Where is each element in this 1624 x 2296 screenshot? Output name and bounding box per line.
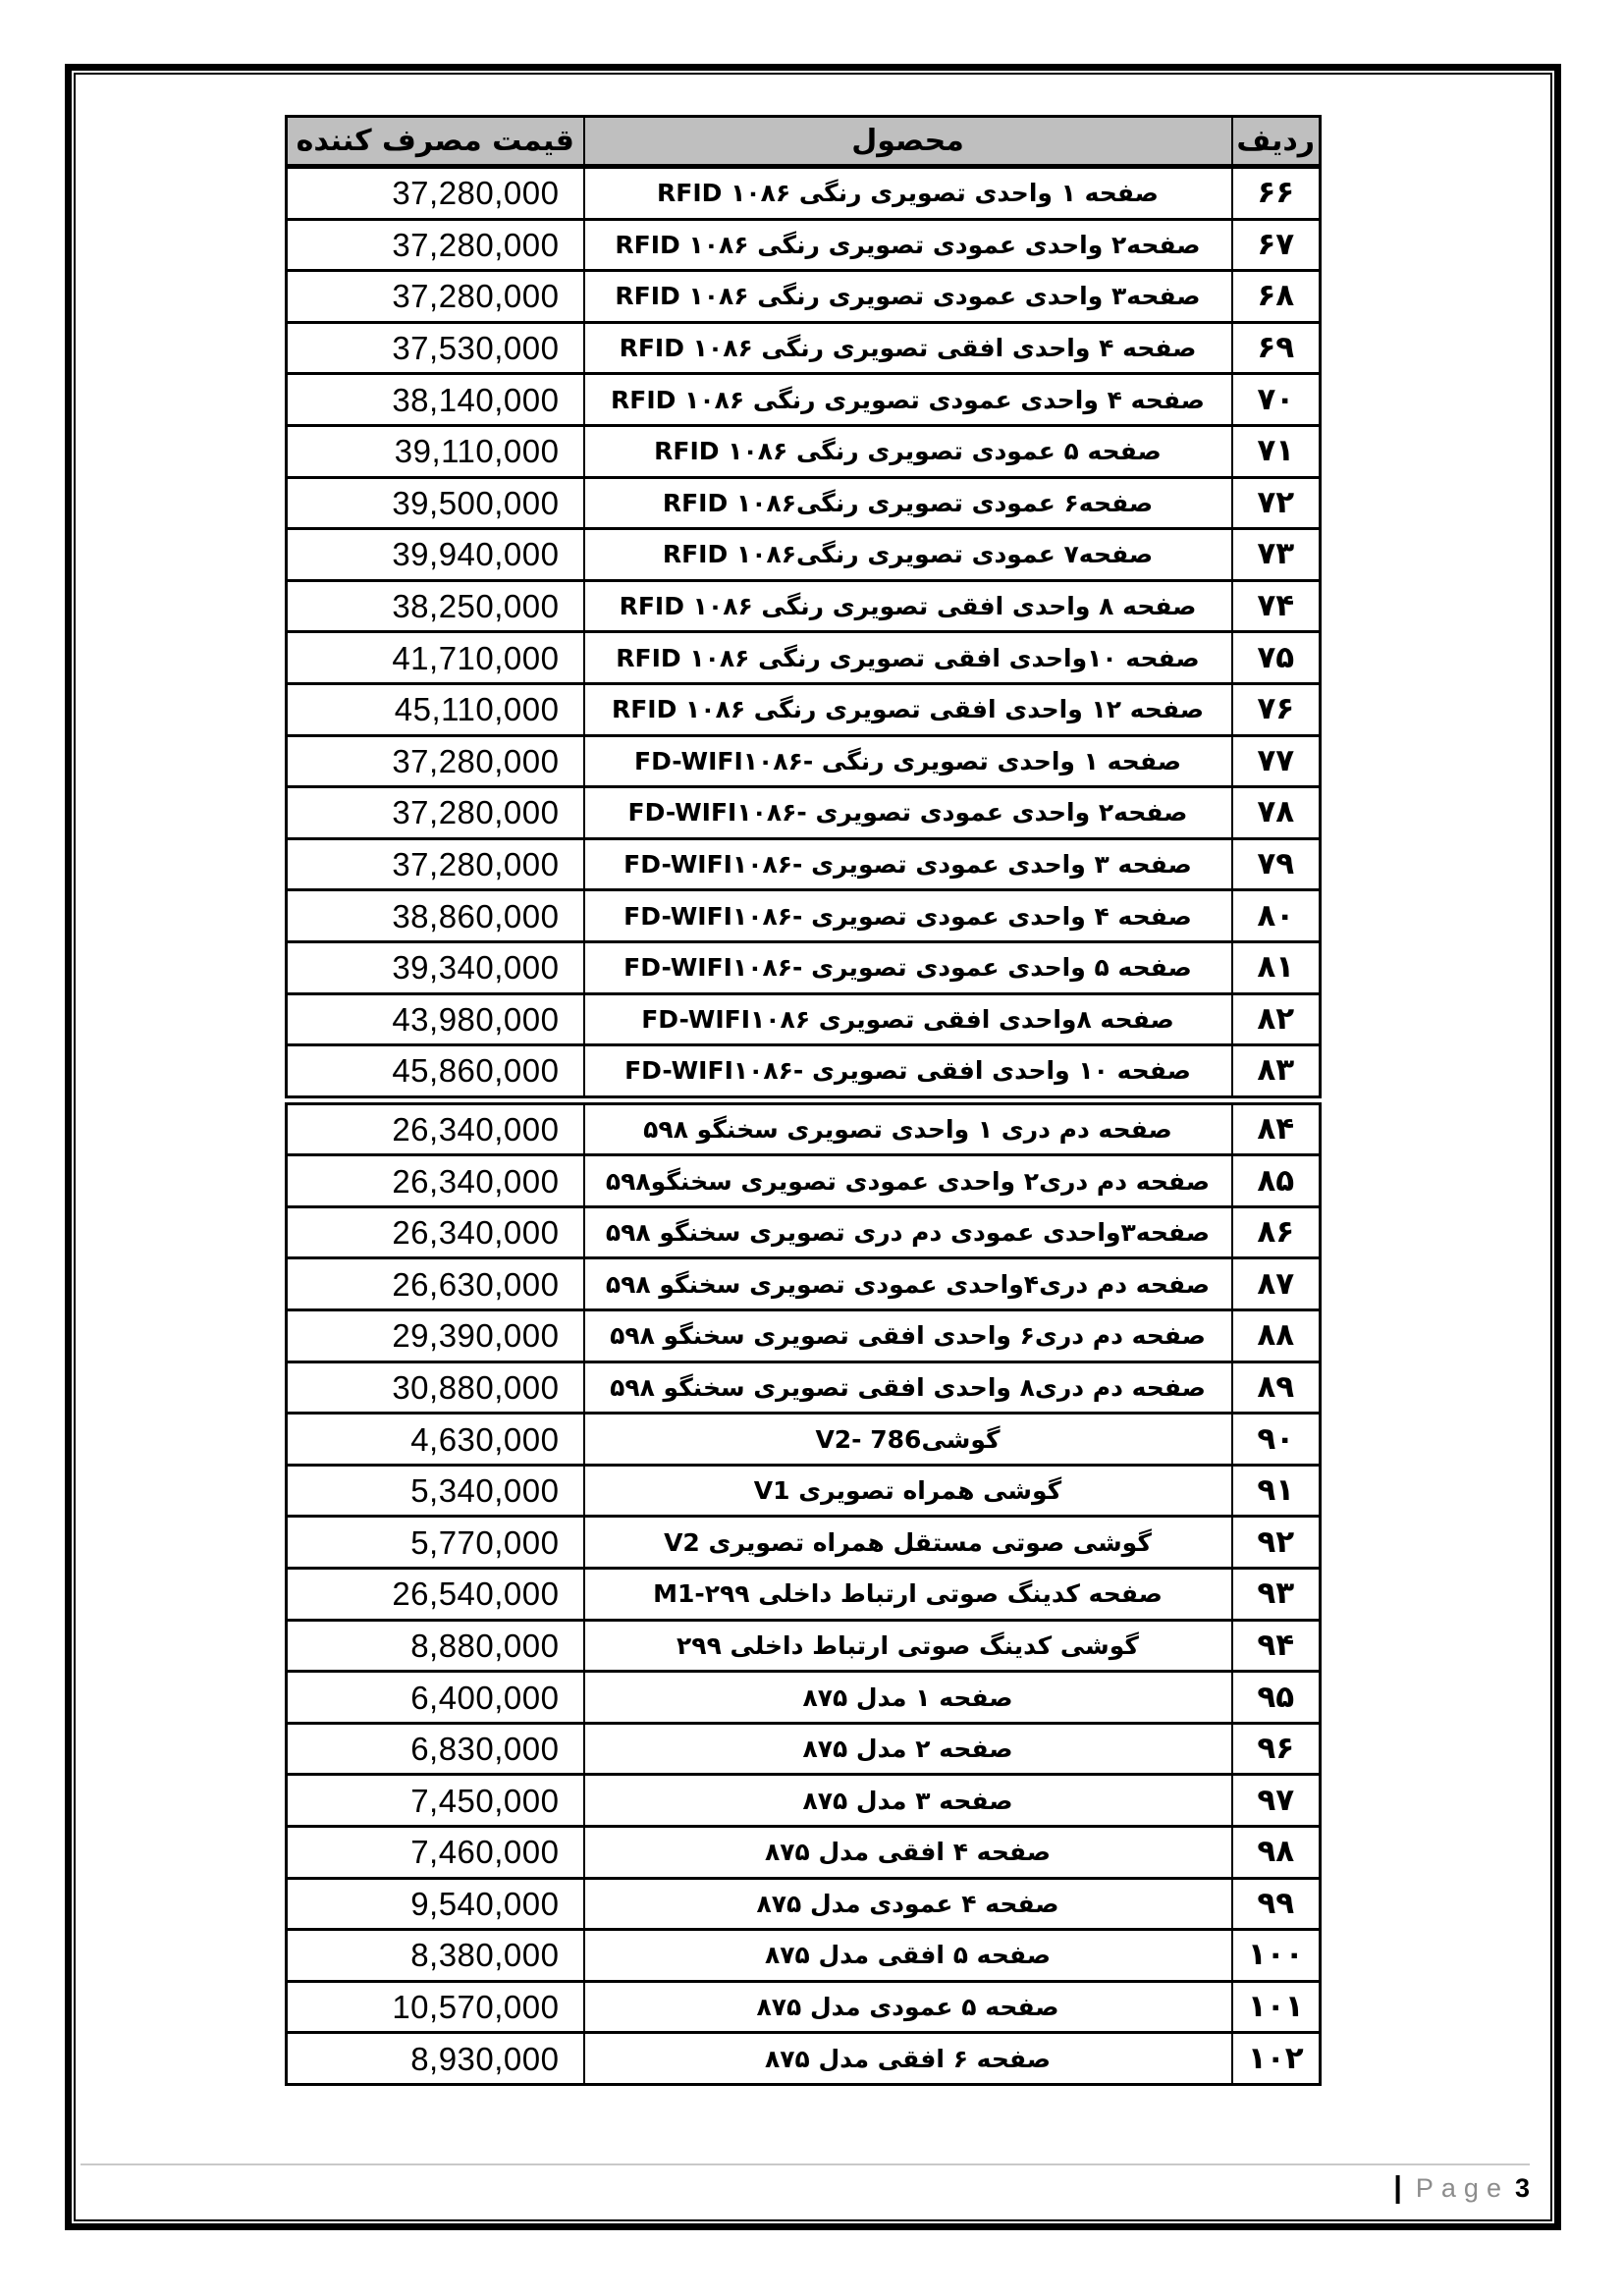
row-number-cell: ۶۸ [1232, 271, 1321, 323]
product-cell: صفحه ۱۲ واحدی افقی تصویری رنگی ۱۰۸۶ RFID [584, 683, 1232, 735]
price-cell: 7,460,000 [287, 1827, 584, 1879]
table-row: ۹۸ صفحه ۴ افقی مدل ۸۷۵ 7,460,000 [287, 1827, 1321, 1879]
product-cell: صفحه ۳ واحدی عمودی تصویری -FD-WIFI۱۰۸۶ [584, 838, 1232, 890]
product-cell: صفحه ۸واحدی افقی تصویری FD-WIFI۱۰۸۶ [584, 993, 1232, 1045]
table-row: ۸۸ صفحه دم دری۶ واحدی افقی تصویری سخنگو … [287, 1310, 1321, 1362]
row-number-cell: ۷۵ [1232, 632, 1321, 684]
price-cell: 26,540,000 [287, 1569, 584, 1621]
row-number-cell: ۸۱ [1232, 941, 1321, 993]
product-cell: صفحه کدینگ صوتی ارتباط داخلی ۲۹۹-M1 [584, 1569, 1232, 1621]
row-number-cell: ۱۰۱ [1232, 1981, 1321, 2033]
row-number-cell: ۹۱ [1232, 1465, 1321, 1517]
table-row: ۸۲ صفحه ۸واحدی افقی تصویری FD-WIFI۱۰۸۶ 4… [287, 993, 1321, 1045]
page: ردیف محصول قیمت مصرف کننده ۶۶ صفحه ۱ واح… [0, 0, 1624, 2296]
price-cell: 8,930,000 [287, 2033, 584, 2085]
price-cell: 6,830,000 [287, 1723, 584, 1775]
product-cell: گوشیV2- 786 [584, 1414, 1232, 1466]
product-cell: صفحه ۲ مدل ۸۷۵ [584, 1723, 1232, 1775]
product-cell: صفحه دم دری ۱ واحدی تصویری سخنگو ۵۹۸ [584, 1100, 1232, 1155]
price-cell: 38,860,000 [287, 890, 584, 942]
price-cell: 26,630,000 [287, 1258, 584, 1310]
product-cell: صفحه۲ واحدی عمودی تصویری -FD-WIFI۱۰۸۶ [584, 787, 1232, 839]
product-cell: صفحه دم دری۴واحدی عمودی تصویری سخنگو ۵۹۸ [584, 1258, 1232, 1310]
table-row: ۶۸ صفحه۳ واحدی عمودی تصویری رنگی ۱۰۸۶ RF… [287, 271, 1321, 323]
row-number-cell: ۹۵ [1232, 1672, 1321, 1724]
row-number-cell: ۱۰۰ [1232, 1930, 1321, 1982]
price-cell: 8,380,000 [287, 1930, 584, 1982]
row-number-cell: ۹۶ [1232, 1723, 1321, 1775]
price-cell: 37,280,000 [287, 167, 584, 220]
table-row: ۶۷ صفحه۲ واحدی عمودی تصویری رنگی ۱۰۸۶ RF… [287, 219, 1321, 271]
table-row: ۹۰ گوشیV2- 786 4,630,000 [287, 1414, 1321, 1466]
product-cell: صفحه ۵ عمودی مدل ۸۷۵ [584, 1981, 1232, 2033]
product-cell: صفحه ۴ عمودی مدل ۸۷۵ [584, 1878, 1232, 1930]
row-number-cell: ۱۰۲ [1232, 2033, 1321, 2085]
table-row: ۸۶ صفحه۳واحدی عمودی دم دری تصویری سخنگو … [287, 1206, 1321, 1258]
price-cell: 30,880,000 [287, 1362, 584, 1414]
price-cell: 37,280,000 [287, 735, 584, 787]
product-cell: صفحه ۱ واحدی تصویری رنگی ۱۰۸۶ RFID [584, 167, 1232, 220]
product-cell: صفحه دم دری۲ واحدی عمودی تصویری سخنگو۵۹۸ [584, 1155, 1232, 1207]
product-cell: صفحه۷ عمودی تصویری رنگی۱۰۸۶ RFID [584, 529, 1232, 581]
price-cell: 26,340,000 [287, 1206, 584, 1258]
row-number-cell: ۷۷ [1232, 735, 1321, 787]
price-cell: 29,390,000 [287, 1310, 584, 1362]
row-number-cell: ۶۹ [1232, 322, 1321, 374]
product-cell: صفحه۲ واحدی عمودی تصویری رنگی ۱۰۸۶ RFID [584, 219, 1232, 271]
table-row: ۹۹ صفحه ۴ عمودی مدل ۸۷۵ 9,540,000 [287, 1878, 1321, 1930]
product-cell: صفحه ۳ مدل ۸۷۵ [584, 1775, 1232, 1827]
product-cell: صفحه ۱ مدل ۸۷۵ [584, 1672, 1232, 1724]
table-row: ۶۹ صفحه ۴ واحدی افقی تصویری رنگی ۱۰۸۶ RF… [287, 322, 1321, 374]
table-row: ۷۹ صفحه ۳ واحدی عمودی تصویری -FD-WIFI۱۰۸… [287, 838, 1321, 890]
product-cell: صفحه ۱ واحدی تصویری رنگی -FD-WIFI۱۰۸۶ [584, 735, 1232, 787]
product-cell: صفحه ۴ واحدی افقی تصویری رنگی ۱۰۸۶ RFID [584, 322, 1232, 374]
product-cell: گوشی صوتی مستقل همراه تصویری V2 [584, 1517, 1232, 1569]
price-cell: 26,340,000 [287, 1155, 584, 1207]
table-row: ۷۷ صفحه ۱ واحدی تصویری رنگی -FD-WIFI۱۰۸۶… [287, 735, 1321, 787]
table-row: ۹۵ صفحه ۱ مدل ۸۷۵ 6,400,000 [287, 1672, 1321, 1724]
price-cell: 37,530,000 [287, 322, 584, 374]
price-cell: 26,340,000 [287, 1100, 584, 1155]
price-cell: 41,710,000 [287, 632, 584, 684]
table-row: ۸۹ صفحه دم دری۸ واحدی افقی تصویری سخنگو … [287, 1362, 1321, 1414]
row-number-cell: ۸۸ [1232, 1310, 1321, 1362]
footer-pipe: | [1393, 2169, 1402, 2204]
footer: |Page3 [0, 2170, 1530, 2205]
table-row: ۸۴ صفحه دم دری ۱ واحدی تصویری سخنگو ۵۹۸ … [287, 1100, 1321, 1155]
product-cell: گوشی کدینگ صوتی ارتباط داخلی ۲۹۹ [584, 1620, 1232, 1672]
table-row: ۹۳ صفحه کدینگ صوتی ارتباط داخلی ۲۹۹-M1 2… [287, 1569, 1321, 1621]
table-row: ۶۶ صفحه ۱ واحدی تصویری رنگی ۱۰۸۶ RFID 37… [287, 167, 1321, 220]
price-cell: 39,340,000 [287, 941, 584, 993]
row-number-cell: ۹۹ [1232, 1878, 1321, 1930]
table-row: ۷۳ صفحه۷ عمودی تصویری رنگی۱۰۸۶ RFID 39,9… [287, 529, 1321, 581]
price-cell: 38,140,000 [287, 374, 584, 426]
table-row: ۷۲ صفحه۶ عمودی تصویری رنگی۱۰۸۶ RFID 39,5… [287, 477, 1321, 529]
product-cell: صفحه ۱۰واحدی افقی تصویری رنگی ۱۰۸۶ RFID [584, 632, 1232, 684]
row-number-cell: ۷۲ [1232, 477, 1321, 529]
table-row: ۸۳ صفحه ۱۰ واحدی افقی تصویری -FD-WIFI۱۰۸… [287, 1045, 1321, 1100]
price-cell: 43,980,000 [287, 993, 584, 1045]
footer-rule [81, 2163, 1530, 2165]
product-cell: صفحه ۵ واحدی عمودی تصویری -FD-WIFI۱۰۸۶ [584, 941, 1232, 993]
row-number-cell: ۷۱ [1232, 425, 1321, 477]
price-table-header: ردیف محصول قیمت مصرف کننده [287, 117, 1321, 167]
price-cell: 39,500,000 [287, 477, 584, 529]
row-number-cell: ۹۰ [1232, 1414, 1321, 1466]
row-number-cell: ۸۹ [1232, 1362, 1321, 1414]
row-number-cell: ۷۳ [1232, 529, 1321, 581]
row-number-cell: ۷۴ [1232, 580, 1321, 632]
header-cell-row-number: ردیف [1232, 117, 1321, 167]
table-row: ۸۰ صفحه ۴ واحدی عمودی تصویری -FD-WIFI۱۰۸… [287, 890, 1321, 942]
table-row: ۷۰ صفحه ۴ واحدی عمودی تصویری رنگی ۱۰۸۶ R… [287, 374, 1321, 426]
table-row: ۹۶ صفحه ۲ مدل ۸۷۵ 6,830,000 [287, 1723, 1321, 1775]
product-cell: صفحه ۱۰ واحدی افقی تصویری -FD-WIFI۱۰۸۶ [584, 1045, 1232, 1100]
price-cell: 10,570,000 [287, 1981, 584, 2033]
table-row: ۸۵ صفحه دم دری۲ واحدی عمودی تصویری سخنگو… [287, 1155, 1321, 1207]
product-cell: صفحه ۴ واحدی عمودی تصویری رنگی ۱۰۸۶ RFID [584, 374, 1232, 426]
product-cell: صفحه۳واحدی عمودی دم دری تصویری سخنگو ۵۹۸ [584, 1206, 1232, 1258]
header-cell-product: محصول [584, 117, 1232, 167]
row-number-cell: ۷۶ [1232, 683, 1321, 735]
table-row: ۷۶ صفحه ۱۲ واحدی افقی تصویری رنگی ۱۰۸۶ R… [287, 683, 1321, 735]
row-number-cell: ۸۵ [1232, 1155, 1321, 1207]
price-cell: 7,450,000 [287, 1775, 584, 1827]
price-cell: 37,280,000 [287, 271, 584, 323]
row-number-cell: ۸۶ [1232, 1206, 1321, 1258]
product-cell: صفحه ۶ افقی مدل ۸۷۵ [584, 2033, 1232, 2085]
product-cell: صفحه ۴ واحدی عمودی تصویری -FD-WIFI۱۰۸۶ [584, 890, 1232, 942]
header-cell-price: قیمت مصرف کننده [287, 117, 584, 167]
table-row: ۷۵ صفحه ۱۰واحدی افقی تصویری رنگی ۱۰۸۶ RF… [287, 632, 1321, 684]
table-row: ۷۱ صفحه ۵ عمودی تصویری رنگی ۱۰۸۶ RFID 39… [287, 425, 1321, 477]
table-row: ۹۷ صفحه ۳ مدل ۸۷۵ 7,450,000 [287, 1775, 1321, 1827]
footer-page-word: Page [1416, 2173, 1509, 2203]
table-row: ۸۷ صفحه دم دری۴واحدی عمودی تصویری سخنگو … [287, 1258, 1321, 1310]
table-row: ۹۴ گوشی کدینگ صوتی ارتباط داخلی ۲۹۹ 8,88… [287, 1620, 1321, 1672]
product-cell: صفحه ۵ عمودی تصویری رنگی ۱۰۸۶ RFID [584, 425, 1232, 477]
product-cell: صفحه۳ واحدی عمودی تصویری رنگی ۱۰۸۶ RFID [584, 271, 1232, 323]
table-row: ۱۰۱ صفحه ۵ عمودی مدل ۸۷۵ 10,570,000 [287, 1981, 1321, 2033]
price-cell: 6,400,000 [287, 1672, 584, 1724]
row-number-cell: ۹۷ [1232, 1775, 1321, 1827]
product-cell: صفحه دم دری۶ واحدی افقی تصویری سخنگو ۵۹۸ [584, 1310, 1232, 1362]
price-cell: 9,540,000 [287, 1878, 584, 1930]
price-table: ردیف محصول قیمت مصرف کننده ۶۶ صفحه ۱ واح… [285, 115, 1322, 2086]
table-row: ۹۲ گوشی صوتی مستقل همراه تصویری V2 5,770… [287, 1517, 1321, 1569]
price-cell: 5,340,000 [287, 1465, 584, 1517]
row-number-cell: ۸۲ [1232, 993, 1321, 1045]
product-cell: صفحه ۵ افقی مدل ۸۷۵ [584, 1930, 1232, 1982]
product-cell: صفحه۶ عمودی تصویری رنگی۱۰۸۶ RFID [584, 477, 1232, 529]
header-row: ردیف محصول قیمت مصرف کننده [287, 117, 1321, 167]
table-row: ۹۱ گوشی همراه تصویری V1 5,340,000 [287, 1465, 1321, 1517]
product-cell: گوشی همراه تصویری V1 [584, 1465, 1232, 1517]
price-cell: 38,250,000 [287, 580, 584, 632]
table-row: ۷۴ صفحه ۸ واحدی افقی تصویری رنگی ۱۰۸۶ RF… [287, 580, 1321, 632]
row-number-cell: ۸۳ [1232, 1045, 1321, 1100]
table-row: ۷۸ صفحه۲ واحدی عمودی تصویری -FD-WIFI۱۰۸۶… [287, 787, 1321, 839]
row-number-cell: ۷۸ [1232, 787, 1321, 839]
row-number-cell: ۹۸ [1232, 1827, 1321, 1879]
row-number-cell: ۸۰ [1232, 890, 1321, 942]
row-number-cell: ۶۷ [1232, 219, 1321, 271]
row-number-cell: ۷۹ [1232, 838, 1321, 890]
price-cell: 37,280,000 [287, 787, 584, 839]
price-table-body: ۶۶ صفحه ۱ واحدی تصویری رنگی ۱۰۸۶ RFID 37… [287, 167, 1321, 2085]
price-cell: 5,770,000 [287, 1517, 584, 1569]
row-number-cell: ۹۲ [1232, 1517, 1321, 1569]
table-row: ۱۰۲ صفحه ۶ افقی مدل ۸۷۵ 8,930,000 [287, 2033, 1321, 2085]
row-number-cell: ۸۷ [1232, 1258, 1321, 1310]
row-number-cell: ۹۴ [1232, 1620, 1321, 1672]
price-cell: 45,860,000 [287, 1045, 584, 1100]
price-cell: 8,880,000 [287, 1620, 584, 1672]
product-cell: صفحه ۸ واحدی افقی تصویری رنگی ۱۰۸۶ RFID [584, 580, 1232, 632]
price-cell: 4,630,000 [287, 1414, 584, 1466]
row-number-cell: ۶۶ [1232, 167, 1321, 220]
price-cell: 45,110,000 [287, 683, 584, 735]
table-row: ۱۰۰ صفحه ۵ افقی مدل ۸۷۵ 8,380,000 [287, 1930, 1321, 1982]
product-cell: صفحه دم دری۸ واحدی افقی تصویری سخنگو ۵۹۸ [584, 1362, 1232, 1414]
product-cell: صفحه ۴ افقی مدل ۸۷۵ [584, 1827, 1232, 1879]
price-cell: 39,110,000 [287, 425, 584, 477]
row-number-cell: ۹۳ [1232, 1569, 1321, 1621]
table-row: ۸۱ صفحه ۵ واحدی عمودی تصویری -FD-WIFI۱۰۸… [287, 941, 1321, 993]
row-number-cell: ۸۴ [1232, 1100, 1321, 1155]
price-cell: 39,940,000 [287, 529, 584, 581]
footer-page-number: 3 [1515, 2173, 1530, 2203]
price-cell: 37,280,000 [287, 838, 584, 890]
price-cell: 37,280,000 [287, 219, 584, 271]
row-number-cell: ۷۰ [1232, 374, 1321, 426]
